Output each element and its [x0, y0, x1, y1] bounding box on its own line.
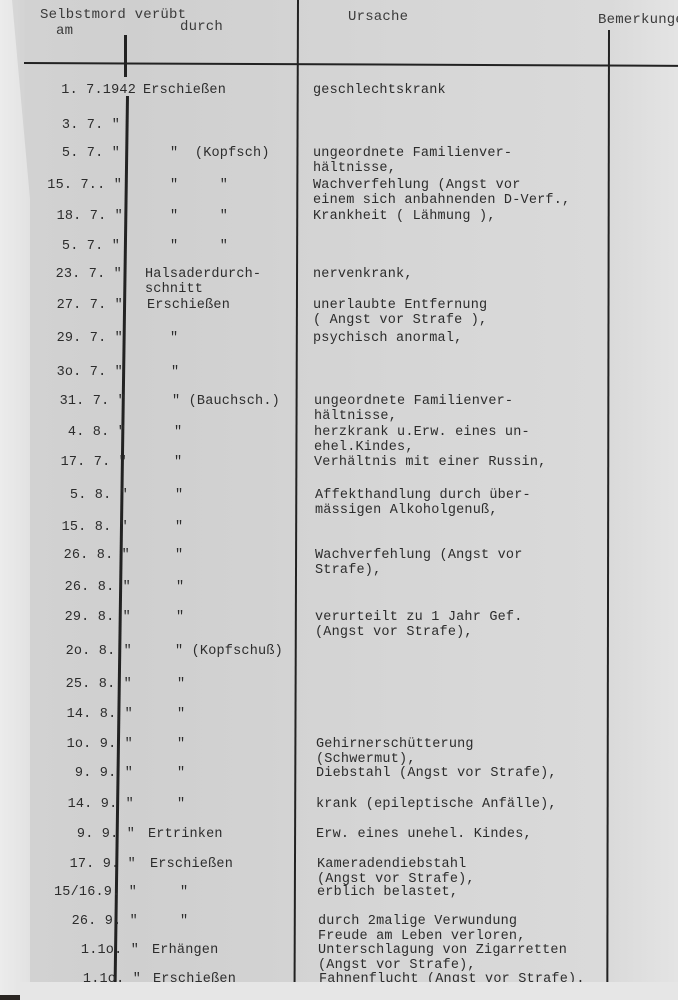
- row-cause: psychisch anormal,: [313, 331, 462, 346]
- row-method: " ": [170, 239, 228, 254]
- row-date: 18. 7. ": [3, 209, 123, 224]
- row-method: Ertrinken: [148, 827, 223, 842]
- row-cause: herzkrank u.Erw. eines un- ehel.Kindes,: [314, 425, 530, 455]
- row-cause: Affekthandlung durch über- mässigen Alko…: [315, 488, 531, 518]
- header-col1-line2: am: [56, 24, 73, 39]
- row-method: Erschießen: [143, 83, 226, 98]
- header-col3: Ursache: [348, 10, 408, 25]
- header-col1-line1: Selbstmord verübt: [40, 8, 186, 23]
- row-date: 17. 9. ": [16, 857, 136, 872]
- row-cause: durch 2malige Verwundung Freude am Leben…: [318, 914, 526, 944]
- row-method: ": [176, 580, 184, 595]
- header-col2: durch: [180, 20, 223, 35]
- row-method: ": [177, 707, 185, 722]
- row-date: 26. 8. ": [11, 580, 131, 595]
- row-cause: ungeordnete Familienver- hältnisse,: [313, 146, 512, 176]
- row-method: ": [175, 548, 183, 563]
- row-date: 29. 8. ": [11, 610, 131, 625]
- row-date: 14. 9. ": [14, 797, 134, 812]
- row-cause: Krankheit ( Lähmung ),: [313, 209, 496, 224]
- row-method: " ": [170, 178, 228, 193]
- row-method: ": [174, 455, 182, 470]
- row-cause: Wachverfehlung (Angst vor einem sich anb…: [313, 178, 570, 208]
- row-method: ": [177, 677, 185, 692]
- row-date: 31. 7. ": [6, 394, 126, 409]
- row-method: ": [175, 520, 183, 535]
- row-method: Erhängen: [152, 943, 218, 958]
- row-cause: Diebstahl (Angst vor Strafe),: [316, 766, 557, 781]
- row-date: 4. 8. ": [6, 425, 126, 440]
- row-method: " (Kopfschuß): [175, 644, 283, 659]
- row-cause: Kameradendiebstahl (Angst vor Strafe),: [317, 857, 475, 887]
- row-method: ": [176, 610, 184, 625]
- row-cause: Erw. eines unehel. Kindes,: [316, 827, 532, 842]
- row-method: Erschießen: [147, 298, 230, 313]
- header-divider: [24, 62, 678, 67]
- row-date: 26. 9. ": [18, 914, 138, 929]
- row-method: Halsaderdurch- schnitt: [145, 267, 261, 297]
- row-date: 17. 7. ": [7, 455, 127, 470]
- row-method: ": [180, 885, 188, 900]
- row-cause: unerlaubte Entfernung ( Angst vor Strafe…: [313, 298, 487, 328]
- row-date: 15/16.9. ": [17, 885, 137, 900]
- row-date: 15. 7.. ": [2, 178, 122, 193]
- row-cause: geschlechtskrank: [313, 83, 446, 98]
- row-cause: verurteilt zu 1 Jahr Gef. (Angst vor Str…: [315, 610, 523, 640]
- row-method: ": [174, 425, 182, 440]
- row-cause: Verhältnis mit einer Russin,: [314, 455, 546, 470]
- header-col4: Bemerkungen: [598, 13, 678, 28]
- row-date: 23. 7. ": [2, 267, 122, 282]
- column-divider-date-top: [124, 35, 127, 77]
- row-cause: Wachverfehlung (Angst vor Strafe),: [315, 548, 523, 578]
- row-date: 9. 9. ": [15, 827, 135, 842]
- row-method: " (Kopfsch): [170, 146, 270, 161]
- row-method: Erschießen: [150, 857, 233, 872]
- row-cause: nervenkrank,: [313, 267, 413, 282]
- row-date: 15. 8. ": [8, 520, 128, 535]
- row-date: 25. 8. ": [12, 677, 132, 692]
- row-cause: ungeordnete Familienver- hältnisse,: [314, 394, 513, 424]
- row-date: 2o. 8. ": [12, 644, 132, 659]
- row-date: 3o. 7. ": [3, 365, 123, 380]
- row-date: 27. 7. ": [3, 298, 123, 313]
- row-date: 5. 8. ": [8, 488, 128, 503]
- row-date: 9. 9. ": [13, 766, 133, 781]
- row-cause: Unterschlagung von Zigarretten (Angst vo…: [318, 943, 567, 973]
- row-date: 3. 7. ": [0, 118, 120, 133]
- row-method: ": [170, 331, 178, 346]
- row-date: 1. 7.1942: [16, 83, 136, 98]
- column-divider-cause: [606, 30, 609, 985]
- column-divider-date: [114, 96, 129, 986]
- row-cause: Gehirnerschütterung (Schwermut),: [316, 737, 474, 767]
- row-method: ": [177, 737, 185, 752]
- row-method: ": [177, 766, 185, 781]
- row-cause: krank (epileptische Anfälle),: [316, 797, 557, 812]
- row-date: 1.1o. ": [19, 943, 139, 958]
- document-page: Selbstmord verübt am durch Ursache Bemer…: [0, 0, 678, 995]
- row-cause: erblich belastet,: [317, 885, 458, 900]
- column-divider-method: [294, 0, 299, 985]
- row-method: " (Bauchsch.): [172, 394, 280, 409]
- row-date: 29. 7. ": [3, 331, 123, 346]
- row-date: 5. 7. ": [0, 146, 120, 161]
- row-date: 5. 7. ": [0, 239, 120, 254]
- row-method: " ": [170, 209, 228, 224]
- row-date: 26. 8. ": [10, 548, 130, 563]
- row-method: ": [177, 797, 185, 812]
- row-method: ": [171, 365, 179, 380]
- row-date: 1o. 9. ": [13, 737, 133, 752]
- row-date: 14. 8. ": [13, 707, 133, 722]
- page-bottom-edge: [20, 982, 678, 1000]
- row-method: ": [175, 488, 183, 503]
- row-method: ": [180, 914, 188, 929]
